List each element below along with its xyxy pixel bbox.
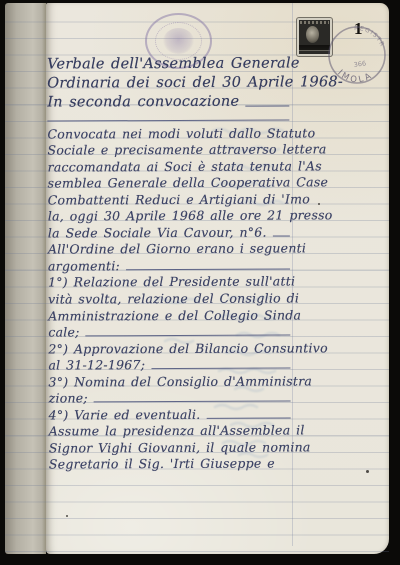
postmark-arc-text: REGISTR [354, 25, 386, 48]
manuscript-line: 1°) Relazione del Presidente sull'atti [48, 272, 294, 290]
manuscript-line: Assume la presidenza all'Assemblea il [49, 421, 295, 439]
dust-speck [366, 470, 369, 473]
manuscript-line: al 31-12-1967; [48, 355, 294, 373]
manuscript-line: la, oggi 30 Aprile 1968 alle ore 21 pres… [48, 206, 294, 224]
postmark-digits: 366 [353, 59, 366, 69]
manuscript-text: cale; [48, 325, 79, 340]
manuscript-line: la Sede Sociale Via Cavour, n°6. [48, 223, 294, 241]
manuscript-text: 2°) Approvazione del Bilancio Consuntivo [48, 340, 328, 356]
manuscript-text: 3°) Nomina del Consiglio d'Amministra [48, 373, 312, 389]
manuscript-text: 1°) Relazione del Presidente sull'atti [48, 274, 295, 290]
manuscript-line: 2°) Approvazione del Bilancio Consuntivo [48, 339, 294, 357]
manuscript-text: Segretario il Sig. 'Irti Giuseppe e [49, 456, 275, 472]
manuscript-line: zione; [49, 388, 295, 406]
manuscript-line: Combattenti Reduci e Artigiani di 'Imo [48, 190, 294, 208]
manuscript-text: semblea Generale della Cooperativa Case [48, 175, 329, 191]
ink-rule-line [94, 401, 291, 403]
manuscript-line: Segretario il Sig. 'Irti Giuseppe e [49, 454, 295, 472]
manuscript-text: Combattenti Reduci e Artigiani di 'Imo [48, 191, 310, 207]
manuscript-text: raccomandata ai Soci è stata tenuta l'As [48, 158, 322, 174]
manuscript-text: Sociale e precisamente attraverso letter… [47, 141, 326, 157]
manuscript: Verbale dell'Assemblea GeneraleOrdinaria… [47, 52, 295, 472]
manuscript-text: 4°) Varie ed eventuali. [49, 407, 201, 423]
ink-rule-line [47, 119, 289, 121]
ink-rule-line [151, 368, 290, 370]
ink-rule-line [126, 268, 290, 270]
manuscript-line: Amministrazione e del Collegio Sinda [48, 305, 294, 323]
ink-rule-line [245, 105, 289, 106]
page-edge-strip [5, 3, 46, 554]
manuscript-line: Verbale dell'Assemblea Generale [47, 52, 293, 72]
manuscript-text: vità svolta, relazione del Consiglio di [48, 290, 299, 306]
ink-rule-line [273, 235, 290, 236]
manuscript-text: All'Ordine del Giorno erano i seguenti [48, 241, 306, 257]
manuscript-text: Ordinaria dei soci del 30 Aprile 1968- [47, 74, 343, 91]
manuscript-line: cale; [48, 322, 294, 340]
manuscript-line: Sociale e precisamente attraverso letter… [47, 140, 293, 158]
manuscript-text: Amministrazione e del Collegio Sinda [48, 307, 301, 323]
manuscript-text: al 31-12-1967; [48, 357, 145, 372]
manuscript-line: In seconda convocazione [47, 90, 293, 110]
ink-rule-line [206, 417, 290, 418]
manuscript-text: la, oggi 30 Aprile 1968 alle ore 21 pres… [48, 208, 333, 224]
manuscript-text: In seconda convocazione [47, 94, 239, 111]
manuscript-line: semblea Generale della Cooperativa Case [48, 173, 294, 191]
manuscript-text: zione; [49, 391, 88, 406]
manuscript-line: 3°) Nomina del Consiglio d'Amministra [48, 372, 294, 390]
manuscript-text: argomenti: [48, 258, 120, 273]
manuscript-line: 4°) Varie ed eventuali. [49, 405, 295, 423]
manuscript-line: vità svolta, relazione del Consiglio di [48, 289, 294, 307]
manuscript-line: raccomandata ai Soci è stata tenuta l'As [48, 157, 294, 175]
ink-rule-line [86, 335, 291, 337]
manuscript-line: Convocata nei modi voluti dallo Statuto [47, 123, 293, 141]
manuscript-line: Signor Vighi Giovanni, il quale nomina [49, 438, 295, 456]
dust-speck [66, 515, 68, 517]
manuscript-line: All'Ordine del Giorno erano i seguenti [48, 239, 294, 257]
manuscript-text: Convocata nei modi voluti dallo Statuto [47, 125, 315, 141]
notebook-photo: 1 IMOLA REGISTR 366 Verbale dell'Assembl… [5, 3, 389, 554]
manuscript-text: Signor Vighi Giovanni, il quale nomina [49, 439, 311, 455]
manuscript-line [47, 109, 293, 124]
manuscript-text: Verbale dell'Assemblea Generale [47, 55, 300, 72]
manuscript-text: Assume la presidenza all'Assemblea il [49, 423, 305, 439]
manuscript-line: argomenti: [48, 256, 294, 274]
manuscript-text: la Sede Sociale Via Cavour, n°6. [48, 224, 267, 240]
dust-speck [318, 203, 320, 205]
manuscript-line: Ordinaria dei soci del 30 Aprile 1968- [47, 71, 293, 91]
